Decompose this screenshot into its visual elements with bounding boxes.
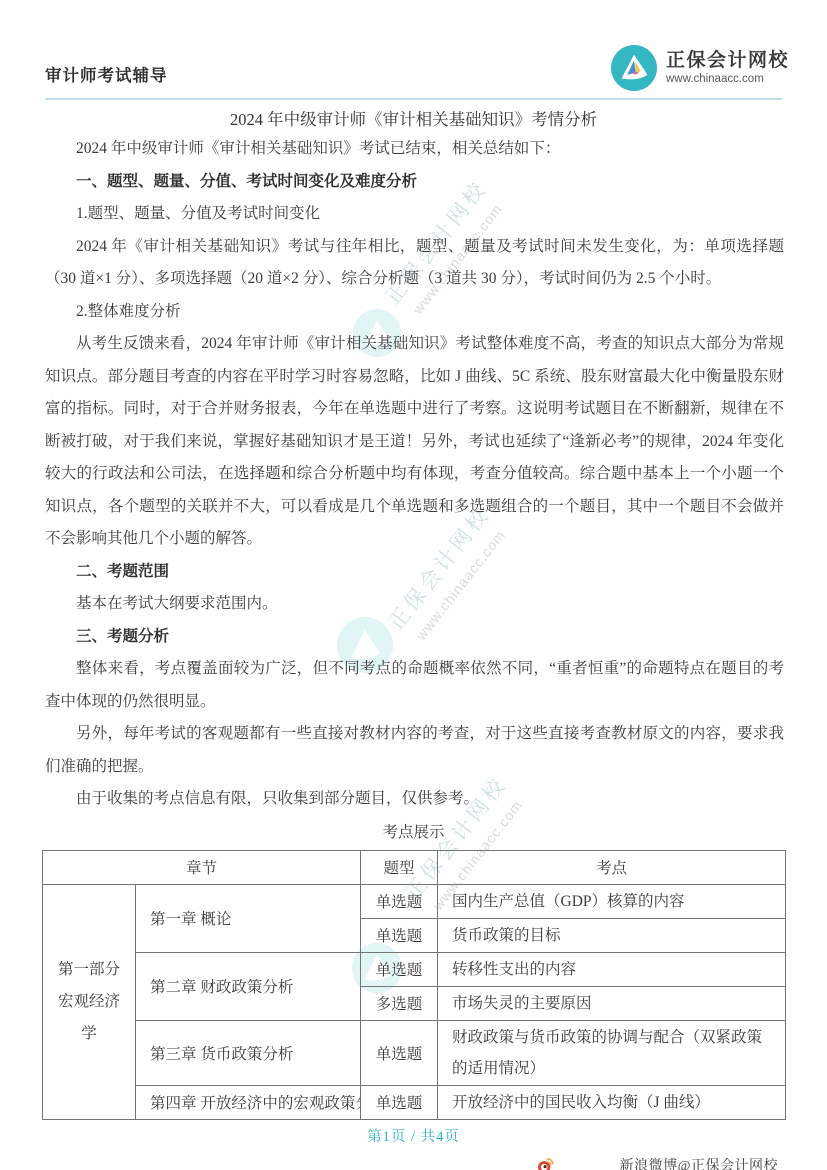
table-row: 第二章 财政政策分析 单选题 转移性支出的内容 <box>43 952 786 986</box>
part-label-cell: 第一部分宏观经济学 <box>43 884 136 1119</box>
exam-point-cell: 财政政策与货币政策的协调与配合（双紧政策的适用情况） <box>438 1020 786 1085</box>
brand-name: 正保会计网校 <box>666 50 789 72</box>
chapter-cell: 第二章 财政政策分析 <box>136 952 361 1020</box>
question-type-cell: 单选题 <box>361 1085 438 1119</box>
paragraph-scope: 基本在考试大纲要求范围内。 <box>45 588 784 621</box>
paragraph-intro: 2024 年中级审计师《审计相关基础知识》考试已结束，相关总结如下： <box>45 133 784 166</box>
document-page: 正保会计网校 www.chinaacc.com 正保会计网校 www.china… <box>0 0 827 1170</box>
column-header-question-type: 题型 <box>361 850 438 884</box>
brand-logo-text: 正保会计网校 www.chinaacc.com <box>666 50 789 86</box>
exam-point-cell: 开放经济中的国民收入均衡（J 曲线） <box>438 1085 786 1119</box>
table-row: 第三章 货币政策分析 单选题 财政政策与货币政策的协调与配合（双紧政策的适用情况… <box>43 1020 786 1085</box>
exam-points-table: 章节 题型 考点 第一部分宏观经济学 第一章 概论 单选题 国内生产总值（GDP… <box>42 850 786 1120</box>
question-type-cell: 多选题 <box>361 986 438 1020</box>
heading-section-1: 一、题型、题量、分值、考试时间变化及难度分析 <box>45 166 784 199</box>
exam-point-cell: 转移性支出的内容 <box>438 952 786 986</box>
brand-logo: 正保会计网校 www.chinaacc.com <box>611 45 789 91</box>
page-number-indicator: 第1页 / 共4页 <box>0 1127 827 1147</box>
exam-point-cell: 国内生产总值（GDP）核算的内容 <box>438 884 786 918</box>
exam-point-cell: 货币政策的目标 <box>438 918 786 952</box>
header-divider <box>45 98 782 100</box>
table-row: 第四章 开放经济中的宏观政策分 单选题 开放经济中的国民收入均衡（J 曲线） <box>43 1085 786 1119</box>
chapter-cell: 第一章 概论 <box>136 884 361 952</box>
question-type-cell: 单选题 <box>361 952 438 986</box>
table-header-row: 章节 题型 考点 <box>43 850 786 884</box>
page-header: 审计师考试辅导 正保会计网校 www.chinaacc.com <box>45 44 789 92</box>
subheading-1: 1.题型、题量、分值及考试时间变化 <box>45 198 784 231</box>
chapter-cell: 第三章 货币政策分析 <box>136 1020 361 1085</box>
weibo-account-label: 新浪微博@正保会计网校 <box>620 1155 778 1170</box>
paragraph-analysis-1: 整体来看，考点覆盖面较为广泛，但不同考点的命题概率依然不同，“重者恒重”的命题特… <box>45 653 784 718</box>
column-header-chapter: 章节 <box>43 850 361 884</box>
course-label: 审计师考试辅导 <box>45 62 168 86</box>
chapter-cell: 第四章 开放经济中的宏观政策分 <box>136 1085 361 1119</box>
table-row: 第一部分宏观经济学 第一章 概论 单选题 国内生产总值（GDP）核算的内容 <box>43 884 786 918</box>
document-body: 2024 年中级审计师《审计相关基础知识》考试已结束，相关总结如下： 一、题型、… <box>45 133 784 816</box>
heading-section-2: 二、考题范围 <box>45 556 784 589</box>
paragraph-difficulty: 从考生反馈来看，2024 年审计师《审计相关基础知识》考试整体难度不高，考查的知… <box>45 328 784 556</box>
column-header-exam-point: 考点 <box>438 850 786 884</box>
footer-weibo-row: 新浪微博@正保会计网校 <box>0 1155 827 1170</box>
document-title: 2024 年中级审计师《审计相关基础知识》考情分析 <box>0 107 827 133</box>
paragraph-note: 由于收集的考点信息有限，只收集到部分题目，仅供参考。 <box>45 783 784 816</box>
question-type-cell: 单选题 <box>361 918 438 952</box>
heading-section-3: 三、考题分析 <box>45 621 784 654</box>
weibo-icon <box>535 1155 556 1170</box>
paragraph-change: 2024 年《审计相关基础知识》考试与往年相比，题型、题量及考试时间未发生变化，… <box>45 231 784 296</box>
question-type-cell: 单选题 <box>361 884 438 918</box>
brand-logo-icon <box>611 45 657 91</box>
exam-point-cell: 市场失灵的主要原因 <box>438 986 786 1020</box>
paragraph-analysis-2: 另外，每年考试的客观题都有一些直接对教材内容的考查，对于这些直接考查教材原文的内… <box>45 718 784 783</box>
table-caption: 考点展示 <box>0 818 827 848</box>
brand-url: www.chinaacc.com <box>666 72 789 86</box>
question-type-cell: 单选题 <box>361 1020 438 1085</box>
subheading-2: 2.整体难度分析 <box>45 296 784 329</box>
